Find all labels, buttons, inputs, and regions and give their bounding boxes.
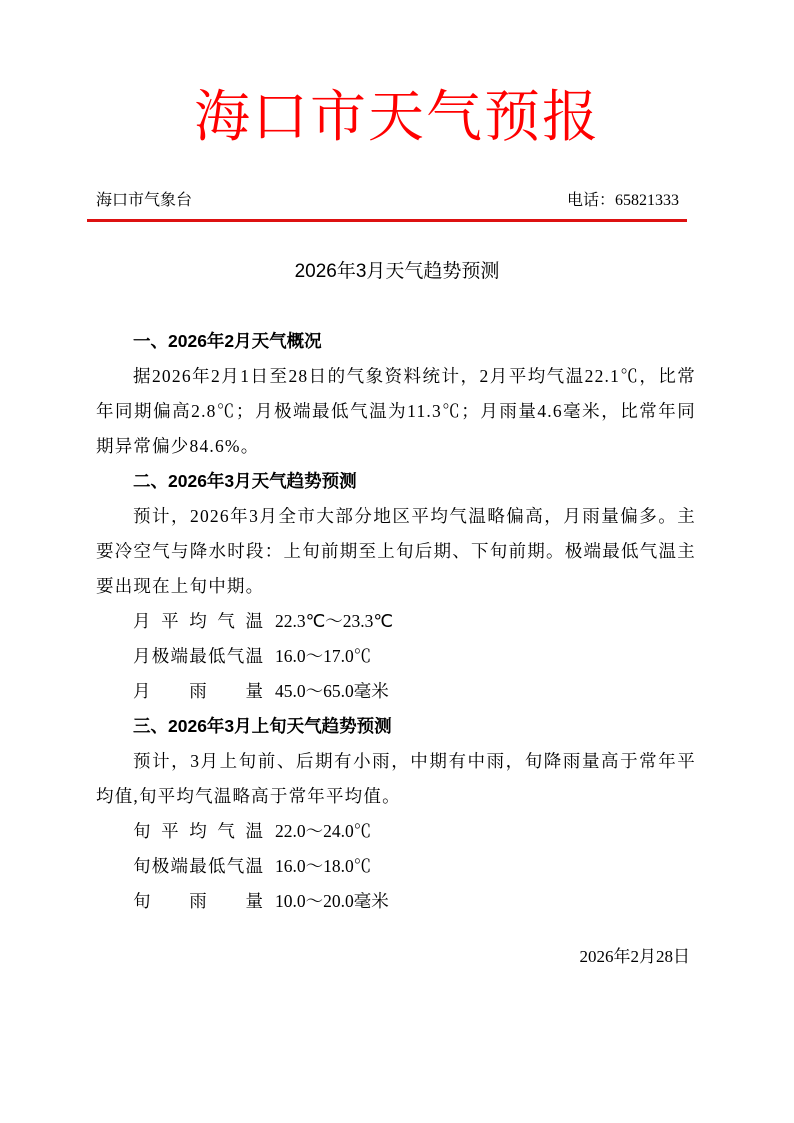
forecast-label: 旬 极 端 最 低 气 温 [133,849,263,884]
document-body: 一、2026年2月天气概况 据2026年2月1日至28日的气象资料统计，2月平均… [96,324,696,919]
masthead-title: 海口市天气预报 [0,82,794,154]
forecast-row-monthly-rainfall: 月 雨 量 45.0～65.0毫米 [96,674,696,709]
forecast-row-dekad-avg-temp: 旬 平 均 气 温 22.0～24.0℃ [96,814,696,849]
label-char: 低 [208,639,226,674]
organization-name: 海口市气象台 [96,188,192,214]
label-char: 温 [246,849,264,884]
label-char: 气 [227,849,245,884]
forecast-value: 22.3℃～23.3℃ [263,604,393,639]
label-char: 气 [217,604,235,639]
label-char: 均 [189,604,207,639]
label-char: 最 [189,639,207,674]
forecast-row-monthly-min-temp: 月 极 端 最 低 气 温 16.0～17.0℃ [96,639,696,674]
forecast-label: 旬 雨 量 [133,884,263,919]
header-divider [87,219,687,222]
label-char: 温 [246,604,264,639]
label-char: 气 [217,814,235,849]
label-char: 温 [246,639,264,674]
section-paragraph-3: 预计，3月上旬前、后期有小雨，中期有中雨，旬降雨量高于常年平均值,旬平均气温略高… [96,744,696,814]
forecast-row-dekad-rainfall: 旬 雨 量 10.0～20.0毫米 [96,884,696,919]
forecast-label: 月 平 均 气 温 [133,604,263,639]
label-char: 极 [152,639,170,674]
section-heading-2: 二、2026年3月天气趋势预测 [96,464,696,499]
forecast-row-dekad-min-temp: 旬 极 端 最 低 气 温 16.0～18.0℃ [96,849,696,884]
forecast-value: 16.0～17.0℃ [263,639,371,674]
forecast-value: 22.0～24.0℃ [263,814,371,849]
issue-date: 2026年2月28日 [580,942,691,972]
label-char: 均 [189,814,207,849]
subhead: 海口市气象台 电话：65821333 [96,188,679,214]
forecast-value: 16.0～18.0℃ [263,849,371,884]
label-char: 旬 [133,884,151,919]
forecast-value: 45.0～65.0毫米 [263,674,389,709]
label-char: 端 [171,639,189,674]
forecast-value: 10.0～20.0毫米 [263,884,389,919]
label-char: 端 [171,849,189,884]
label-char: 旬 [133,814,151,849]
label-char: 旬 [133,849,151,884]
forecast-label: 月 雨 量 [133,674,263,709]
label-char: 量 [246,674,264,709]
section-heading-1: 一、2026年2月天气概况 [96,324,696,359]
section-heading-3: 三、2026年3月上旬天气趋势预测 [96,709,696,744]
label-char: 气 [227,639,245,674]
label-char: 月 [133,604,151,639]
label-char: 雨 [189,884,207,919]
forecast-label: 月 极 端 最 低 气 温 [133,639,263,674]
label-char: 月 [133,674,151,709]
forecast-label: 旬 平 均 气 温 [133,814,263,849]
label-char: 平 [161,604,179,639]
label-char: 雨 [189,674,207,709]
label-char: 低 [208,849,226,884]
forecast-row-monthly-avg-temp: 月 平 均 气 温 22.3℃～23.3℃ [96,604,696,639]
label-char: 量 [246,884,264,919]
label-char: 温 [246,814,264,849]
label-char: 月 [133,639,151,674]
section-paragraph-1: 据2026年2月1日至28日的气象资料统计，2月平均气温22.1℃，比常年同期偏… [96,359,696,464]
document-title: 2026年3月天气趋势预测 [0,256,794,288]
section-paragraph-2: 预计，2026年3月全市大部分地区平均气温略偏高，月雨量偏多。主要冷空气与降水时… [96,499,696,604]
label-char: 平 [161,814,179,849]
label-char: 极 [152,849,170,884]
label-char: 最 [189,849,207,884]
phone-number: 电话：65821333 [567,188,679,214]
